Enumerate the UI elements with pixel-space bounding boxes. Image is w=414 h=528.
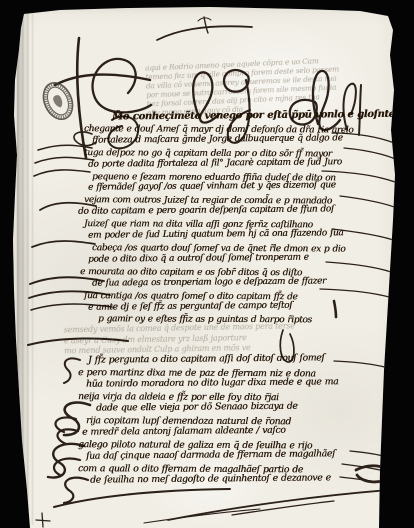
- manuscript-photo: aqui e Rodrio ameno que aquele cõpra e u…: [0, 0, 414, 528]
- archive-stamp-icon: [38, 78, 78, 124]
- left-margin-flourishes-1: [28, 132, 294, 362]
- swash-with-small-cross-icon: [157, 17, 252, 40]
- calligraphy-flourishes: [0, 0, 414, 528]
- bottom-swashes: [144, 489, 403, 523]
- right-end-swashes: [320, 133, 401, 488]
- left-margin-flourishes-2: [48, 358, 230, 507]
- calligraphic-heading-icon: [55, 38, 361, 158]
- plus-cross-mark-icon: [36, 513, 50, 527]
- manuscript-page: aqui e Rodrio ameno que aquele cõpra e u…: [0, 0, 414, 528]
